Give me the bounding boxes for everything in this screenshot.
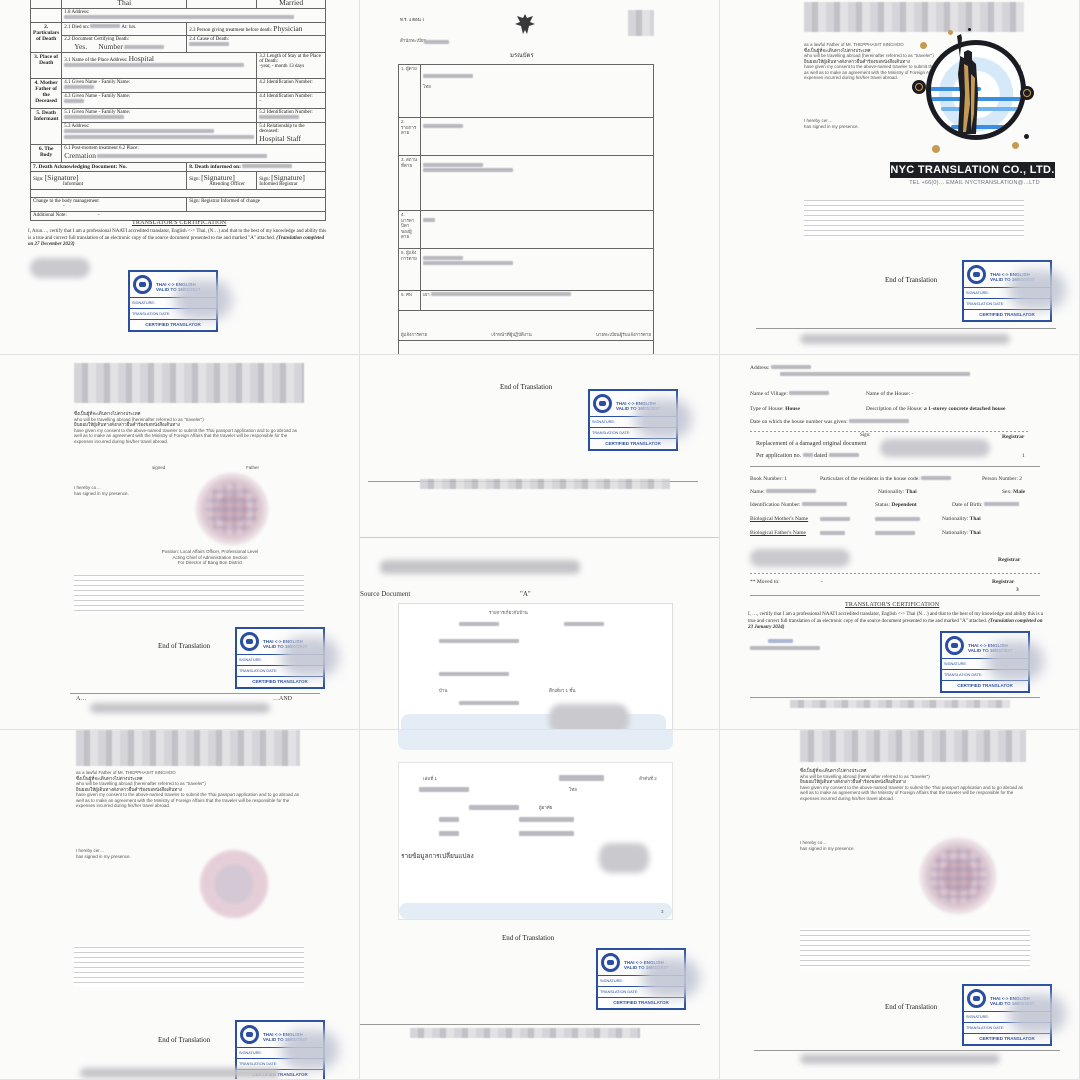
- sex-value: Male: [1013, 489, 1025, 495]
- consent-text: ซึ่งเป็นผู้ที่จะเดินทางไปต่างประเทศ who …: [800, 768, 1026, 801]
- sign-label: Sign:: [860, 433, 871, 440]
- village-label: Name of Village:: [750, 391, 788, 397]
- ack-doc-label: 7. Death Acknowledging Document:: [33, 164, 117, 170]
- registration-office-label: สำนักทะเบียน: [400, 38, 427, 44]
- ack-no-label: No.: [119, 164, 127, 170]
- company-name-banner: NYC TRANSLATION CO., LTD.: [890, 162, 1055, 178]
- thai-signer-2: เจ้าหน้าที่ผู้ปฏิบัติงาน: [491, 332, 531, 338]
- panel-passport-consent-2: ซึ่งเป็นผู้ที่จะเดินทางไปต่างประเทศ who …: [0, 355, 360, 730]
- naati-stamp: THAI <-> ENGLISHVALID TO 16/01/2027 SIGN…: [962, 260, 1052, 322]
- sex-label: Sex:: [1002, 489, 1012, 495]
- decor-dot-icon: [920, 42, 927, 49]
- decor-dot-icon: [932, 145, 940, 153]
- naati-stamp: THAI <-> ENGLISHVALID TO 16/01/2027 SIGN…: [588, 389, 678, 451]
- father-nationality-value: Thai: [970, 530, 981, 536]
- thai-death-form-table: 1. ผู้ตายไทย 2. รายการตาย 3. สถานที่ตาย …: [398, 64, 654, 355]
- naati-logo-icon: [967, 265, 986, 284]
- mother-nationality: Nationality: Thai: [942, 516, 981, 523]
- thai-body-value: เผา: [423, 292, 430, 297]
- officer-line-1: Position: Local Affairs Officer, Profess…: [150, 549, 270, 555]
- house-description-value: a 1-storey concrete detached house: [924, 406, 1005, 412]
- house-name: Name of the House: -: [866, 391, 913, 398]
- notes-block: [800, 928, 1030, 970]
- panel-house-registration-source: End of Translation THAI <-> ENGLISHVALID…: [360, 355, 720, 730]
- registrar-label: Registrar: [1002, 434, 1024, 441]
- thai-form-title: มรณบัตร: [510, 53, 534, 60]
- body-value: Cremation: [64, 151, 96, 160]
- translator-certification-text: I, …, certify that I am a professional N…: [748, 612, 1044, 632]
- witness-line-2: has signed in my presence.: [74, 491, 174, 497]
- statue-of-liberty-icon: [954, 34, 980, 139]
- stamp-certified-label: CERTIFIED TRANSLATOR: [130, 320, 216, 327]
- panel-passport-consent-3: as a lawful Father of Mr. THEPPHASIT SIN…: [0, 730, 360, 1080]
- stay-value: -year, - month 13 days: [259, 64, 304, 69]
- status-value: ผู้อาศัย: [539, 805, 552, 811]
- signature-1: [Signature]: [45, 173, 79, 182]
- translator-certification-title: TRANSLATOR'S CERTIFICATION: [132, 220, 226, 226]
- relationship-value: Hospital Staff: [259, 134, 301, 143]
- section-4-label: 4. Mother Father of the Deceased: [31, 79, 62, 109]
- source-marker: "A": [520, 591, 531, 598]
- witness-line-2: has signed in my presence.: [804, 124, 904, 130]
- id-label: Identification Number:: [750, 502, 801, 508]
- marital-status-value: Married: [257, 0, 326, 9]
- registrar-label-2: Registrar: [998, 557, 1020, 564]
- mother-label: Biological Mother's Name: [750, 516, 808, 523]
- witness-text: I hereby co… has signed in my presence.: [800, 840, 900, 851]
- resident-status: Status: Dependent: [875, 502, 917, 509]
- change-label: Change to the body management: [33, 199, 99, 204]
- thai-section-3: 3. สถานที่ตาย: [399, 156, 421, 211]
- nationality-value: Thai: [906, 489, 917, 495]
- naati-stamp: THAI <-> ENGLISHVALID TO 16/01/2027 SIGN…: [940, 631, 1030, 693]
- stamp-certified-label: CERTIFIED TRANSLATOR: [964, 1034, 1050, 1041]
- registrar-role: Informed Registrar: [259, 182, 297, 187]
- footer-fragment-right: …AND: [273, 696, 292, 703]
- resident-record-card: เล่มที่ 1 ลำดับที่ 2 ไทย ผู้อาศัย รายข้อ…: [398, 762, 673, 920]
- at-label: At:: [121, 25, 127, 30]
- nationality-label: Nationality:: [878, 489, 904, 495]
- house-type-label: Type of House:: [750, 406, 784, 412]
- address-label: Address:: [750, 365, 770, 371]
- stamp-certified-label: CERTIFIED TRANSLATOR: [942, 681, 1028, 688]
- particulars-label: Particulars of the residents in the hous…: [820, 476, 920, 482]
- replacement-text: Replacement of a damaged original docume…: [756, 441, 866, 448]
- house-description: Description of the House: a 1-storey con…: [866, 406, 1005, 413]
- translator-certification-title: TRANSLATOR'S CERTIFICATION: [845, 602, 939, 608]
- moved-to: ** Moved to: -: [750, 579, 823, 586]
- father-id-value: -: [259, 99, 261, 104]
- official-seal: [200, 850, 268, 918]
- end-of-translation: End of Translation: [885, 276, 937, 284]
- sign-label-4: Sign:: [189, 199, 200, 204]
- thai-form-code: ท.ร. 4 ตอน 1: [400, 16, 424, 23]
- consent-text: as a lawful Father of Mr. THEPPHASIT SIN…: [76, 770, 302, 809]
- house-type: Type of House: House: [750, 406, 800, 413]
- moved-value: -: [821, 579, 823, 585]
- consent-line-2: have given my consent to the above-named…: [76, 792, 302, 809]
- status-value: Dependent: [891, 502, 916, 508]
- number-label: Number: [98, 42, 123, 51]
- compass-icon: [912, 80, 926, 94]
- resident-id: Identification Number:: [750, 502, 847, 509]
- officer-line-3: For Director of Bang Bon District: [150, 560, 270, 566]
- died-on-label: 2.1 Died on:: [64, 25, 89, 30]
- nationality-value: ไทย: [569, 787, 577, 793]
- application-line: Per application no. dated: [756, 453, 859, 460]
- translator-certification-text: I, Arun…, certify that I am a profession…: [28, 229, 328, 249]
- thai-section-6: 6. ศพ: [399, 291, 421, 311]
- witness-text: I hereby co… has signed in my presence.: [74, 485, 174, 496]
- notes-block: [74, 573, 304, 615]
- thai-signer-3: นายทะเบียนผู้รับแจ้งการตาย: [596, 332, 651, 338]
- clock-icon: [1020, 86, 1034, 100]
- naati-logo-icon: [601, 953, 620, 972]
- end-of-translation: End of Translation: [502, 934, 554, 942]
- witness-text: I hereby cer… has signed in my presence.: [76, 848, 176, 859]
- doc-value: Yes.: [74, 42, 87, 51]
- date-given-label: Date on which the house number was given…: [750, 419, 848, 425]
- naati-logo-icon: [593, 394, 612, 413]
- witness-line-2: has signed in my presence.: [800, 846, 900, 852]
- officer-role: Attending Officer: [209, 182, 245, 187]
- naati-stamp: THAI <-> ENGLISHVALID TO 16/01/2027 SIGN…: [596, 948, 686, 1010]
- footer-fragment-left: A…: [76, 696, 86, 703]
- thai-section-5: 5. ผู้แจ้งการตาย: [399, 249, 421, 291]
- person-label: ลำดับที่ 2: [639, 776, 657, 782]
- particulars-line: Particulars of the residents in the hous…: [820, 476, 951, 483]
- naati-stamp: THAI <-> ENGLISHVALID TO 16/01/2027 SIGN…: [235, 627, 325, 689]
- naati-logo-icon: [945, 636, 964, 655]
- notes-block: [74, 945, 304, 987]
- thai-section-1: 1. ผู้ตาย: [399, 65, 421, 118]
- witness-line-2: has signed in my presence.: [76, 854, 176, 860]
- relationship-label: 5.4 Relationship to the deceased:: [259, 124, 304, 134]
- section-2-label: 2. Particulars of Death: [31, 23, 62, 53]
- treating-label: 2.3 Person giving treatment before death…: [189, 28, 272, 33]
- house-record-card: รายการเกี่ยวกับบ้าน บ้าน ตึกเดี่ยว 1 ชั้…: [398, 603, 673, 730]
- decor-dot-icon: [1012, 142, 1019, 149]
- page-number: 3: [661, 909, 664, 915]
- section-3-label: 3. Place of Death: [31, 53, 62, 79]
- thai-signer-1: ผู้แจ้งการตาย: [401, 332, 427, 338]
- consent-text: ซึ่งเป็นผู้ที่จะเดินทางไปต่างประเทศ who …: [74, 411, 302, 444]
- father-label: Biological Father's Name: [750, 530, 806, 537]
- informed-on-label: 8. Death informed on:: [189, 164, 241, 170]
- house-address: Address:: [750, 365, 970, 378]
- consent-line-2: have given my consent to the above-named…: [74, 428, 302, 445]
- end-of-translation: End of Translation: [885, 1003, 937, 1011]
- name-label: Name:: [750, 489, 765, 495]
- thai-section-2: 2. รายการตาย: [399, 118, 421, 156]
- book-number: Book Number: 1: [750, 476, 787, 483]
- date-given: Date on which the house number was given…: [750, 419, 909, 426]
- end-of-translation: End of Translation: [158, 1036, 210, 1044]
- father-nationality-label: Nationality:: [942, 530, 968, 536]
- dated-label: dated: [814, 453, 827, 459]
- end-of-translation: End of Translation: [158, 642, 210, 650]
- decor-dot-icon: [1024, 134, 1029, 139]
- house-type-value: บ้าน: [439, 688, 447, 694]
- notes-block: [804, 200, 1024, 240]
- registrar-change: Registrar Informed of change: [201, 199, 260, 204]
- naati-logo-icon: [133, 275, 152, 294]
- treating-value: Physician: [273, 24, 302, 33]
- decor-dot-icon: [968, 28, 971, 31]
- father-label: Father: [246, 465, 259, 471]
- stay-label: 3.2 Length of Stay at the Place of Death…: [259, 54, 321, 64]
- mother-nationality-label: Nationality:: [942, 516, 968, 522]
- naati-logo-icon: [967, 989, 986, 1008]
- notes-value: -: [98, 213, 100, 218]
- end-of-translation: End of Translation: [500, 383, 552, 391]
- naati-logo-icon: [240, 1025, 259, 1044]
- book-label: เล่มที่ 1: [423, 776, 437, 782]
- registrar-label-3: Registrar: [992, 579, 1014, 586]
- house-description-value: ตึกเดี่ยว 1 ชั้น: [549, 688, 575, 694]
- nyc-translation-logo: [912, 30, 1032, 155]
- hrs-label: hrs.: [129, 25, 136, 30]
- panel-thai-death-certificate-source: ท.ร. 4 ตอน 1 มรณบัตร สำนักทะเบียน 1. ผู้…: [360, 0, 720, 355]
- consent-line-2: have given my consent to the above-named…: [800, 785, 1026, 802]
- panel-passport-consent-4: ซึ่งเป็นผู้ที่จะเดินทางไปต่างประเทศ who …: [720, 730, 1080, 1080]
- house-record-title: รายการเกี่ยวกับบ้าน: [489, 610, 528, 616]
- mother-nationality-value: Thai: [970, 516, 981, 522]
- status-label: Status:: [875, 502, 890, 508]
- naati-stamp: THAI <-> ENGLISHVALID TO 16/01/2027 SIGN…: [962, 984, 1052, 1046]
- registrar-page: 3: [1016, 587, 1019, 594]
- thai-nationality: ไทย: [423, 84, 431, 89]
- place-value: Hospital: [129, 54, 154, 63]
- house-name-label: Name of the House:: [866, 391, 910, 397]
- decor-dot-icon: [948, 30, 953, 35]
- company-contact: TEL +66(0)… EMAIL NYCTRANSLATION@…LTD: [892, 180, 1057, 186]
- resident-nationality: Nationality: Thai: [878, 489, 917, 496]
- naati-logo-icon: [240, 632, 259, 651]
- mother-id-label: 4.2 Identification Number:: [257, 79, 326, 93]
- resident-name: Name:: [750, 489, 816, 496]
- witness-text: I hereby cer… has signed in my presence.: [804, 118, 904, 129]
- sign-label-1: Sign:: [33, 177, 44, 182]
- resident-sex: Sex: Male: [1002, 489, 1025, 496]
- signed-label: signed: [152, 465, 165, 471]
- panel-death-certificate-translation: Thai Married 1.8 Address: 2. Particulars…: [0, 0, 360, 355]
- stamp-certified-label: CERTIFIED TRANSLATOR: [598, 998, 684, 1005]
- informant-role: Informant: [63, 182, 83, 187]
- moved-label: ** Moved to:: [750, 579, 780, 585]
- thai-section-4: 4. มารดา บิดา ของผู้ตาย: [399, 211, 421, 249]
- application-label: Per application no.: [756, 453, 801, 459]
- signature-3: [Signature]: [271, 173, 305, 182]
- father-nationality: Nationality: Thai: [942, 530, 981, 537]
- dob-label: Date of Birth:: [952, 502, 983, 508]
- house-description-label: Description of the House:: [866, 406, 923, 412]
- father-id-label: 4.4 Identification Number:: [259, 94, 312, 99]
- resident-dob: Date of Birth:: [952, 502, 1019, 509]
- official-seal: [196, 473, 268, 545]
- stamp-certified-label: CERTIFIED TRANSLATOR: [237, 677, 323, 684]
- signature-2: [Signature]: [201, 173, 235, 182]
- house-type-value: House: [785, 406, 800, 412]
- death-form-table: Thai Married 1.8 Address: 2. Particulars…: [30, 0, 326, 221]
- person-number: Person Number: 2: [982, 476, 1022, 483]
- stamp-certified-label: CERTIFIED TRANSLATOR: [590, 439, 676, 446]
- notes-label: Additional Note:: [33, 213, 67, 218]
- page-value: 1: [1022, 453, 1025, 460]
- naati-stamp: THAI <-> ENGLISHVALID TO 16/01/2027 SIGN…: [128, 270, 218, 332]
- garuda-emblem-icon: [513, 12, 537, 36]
- stamp-certified-label: CERTIFIED TRANSLATOR: [964, 310, 1050, 317]
- house-name-value: -: [912, 391, 914, 397]
- body-place-label: 6.2 Place:: [119, 146, 139, 151]
- panel-house-registration-source-2: เล่มที่ 1 ลำดับที่ 2 ไทย ผู้อาศัย รายข้อ…: [360, 730, 720, 1080]
- official-seal: [920, 838, 996, 914]
- sign-label-2: Sign:: [189, 177, 200, 182]
- panel-house-registration-translation: Address: Name of Village: Name of the Ho…: [720, 355, 1080, 730]
- nationality-value: Thai: [62, 0, 187, 9]
- village-name: Name of Village:: [750, 391, 829, 398]
- source-document-label: Source Document: [360, 591, 410, 598]
- section-5-label: 5. Death Informant: [31, 109, 62, 145]
- section-6-label: 6. The Body: [31, 145, 62, 163]
- change-value: -: [63, 204, 65, 209]
- officer-text: Position: Local Affairs Officer, Profess…: [150, 549, 270, 566]
